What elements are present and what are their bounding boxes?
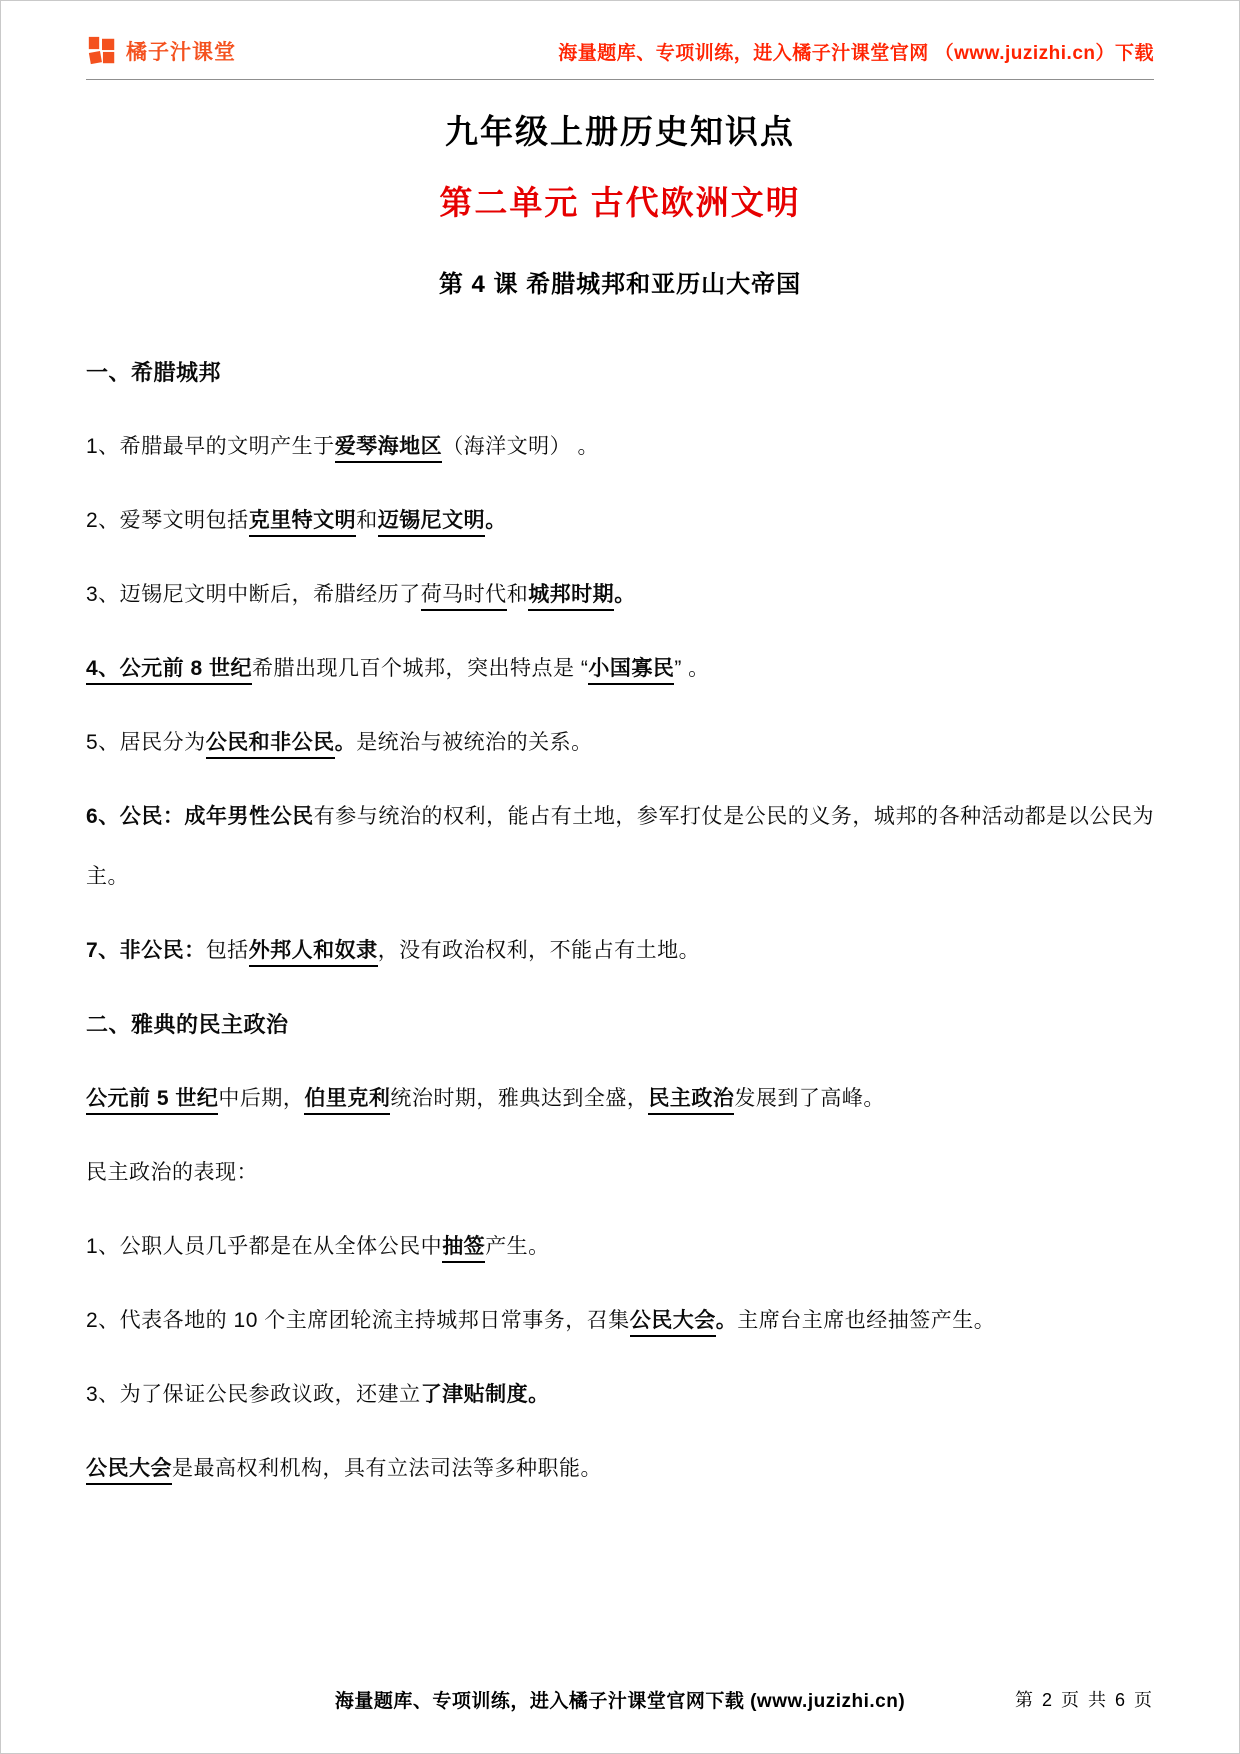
- text-run: 伯里克利: [304, 1087, 390, 1115]
- paragraph: 3、为了保证公民参政议政，还建立了津贴制度。: [86, 1365, 1154, 1425]
- text-run: ” 。: [674, 657, 709, 680]
- text-run: 。: [485, 509, 507, 532]
- text-run: ，没有政治权利，不能占有土地。: [378, 939, 701, 962]
- text-run: 主席台主席也经抽签产生。: [737, 1309, 995, 1332]
- text-run: 公民和非公民: [206, 731, 335, 759]
- text-run: 。: [335, 731, 357, 754]
- text-run: 公民大会: [86, 1457, 172, 1485]
- unit-title: 第二单元 古代欧洲文明: [86, 177, 1154, 224]
- text-run: 抽签: [442, 1235, 485, 1263]
- text-run: 城邦时期: [528, 583, 614, 611]
- text-run: 3、迈锡尼文明中断后，希腊经历了: [86, 583, 421, 606]
- text-run: 中后期，: [218, 1087, 304, 1110]
- text-run: 是最高权利机构，具有立法司法等多种职能。: [172, 1457, 602, 1480]
- paragraph: 3、迈锡尼文明中断后，希腊经历了荷马时代和城邦时期。: [86, 565, 1154, 625]
- text-run: 了津贴制度。: [421, 1383, 550, 1406]
- text-run: 。: [614, 583, 636, 606]
- text-run: 爱琴海地区: [335, 435, 443, 463]
- page-footer: 海量题库、专项训练，进入橘子汁课堂官网下载 (www.juzizhi.cn) 第…: [86, 1686, 1154, 1713]
- paragraph: 民主政治的表现：: [86, 1143, 1154, 1203]
- text-run: 一、希腊城邦: [86, 360, 221, 385]
- document-title: 九年级上册历史知识点: [86, 106, 1154, 153]
- text-run: 二、雅典的民主政治: [86, 1012, 289, 1037]
- paragraph: 2、爱琴文明包括克里特文明和迈锡尼文明。: [86, 491, 1154, 551]
- text-run: 2、爱琴文明包括: [86, 509, 249, 532]
- text-run: 。: [716, 1309, 738, 1332]
- titles-section: 九年级上册历史知识点 第二单元 古代欧洲文明 第 4 课 希腊城邦和亚历山大帝国: [1, 106, 1239, 299]
- document-page: 橘子汁课堂 海量题库、专项训练，进入橘子汁课堂官网 （www.juzizhi.c…: [0, 0, 1240, 1754]
- text-run: 公元前 5 世纪: [86, 1087, 218, 1115]
- text-run: 2、代表各地的 10 个主席团轮流主持城邦日常事务，召集: [86, 1309, 630, 1332]
- brand: 橘子汁课堂: [86, 35, 236, 67]
- paragraph: 公民大会是最高权利机构，具有立法司法等多种职能。: [86, 1439, 1154, 1499]
- text-run: 小国寡民: [588, 657, 674, 685]
- section-heading: 二、雅典的民主政治: [86, 995, 1154, 1055]
- text-run: 4、公元前 8 世纪: [86, 657, 252, 685]
- text-run: 3、为了保证公民参政议政，还建立: [86, 1383, 421, 1406]
- page-number: 第 2 页 共 6 页: [1015, 1686, 1154, 1712]
- document-body: 一、希腊城邦1、希腊最早的文明产生于爱琴海地区（海洋文明） 。2、爱琴文明包括克…: [1, 343, 1239, 1499]
- brand-name: 橘子汁课堂: [126, 36, 236, 66]
- text-run: 和: [356, 509, 378, 532]
- text-run: 外邦人和奴隶: [249, 939, 378, 967]
- text-run: 6、公民：成年男性公民: [86, 805, 314, 828]
- text-run: 发展到了高峰。: [734, 1087, 885, 1110]
- text-run: 民主政治的表现：: [86, 1161, 258, 1184]
- paragraph: 5、居民分为公民和非公民。是统治与被统治的关系。: [86, 713, 1154, 773]
- lesson-title: 第 4 课 希腊城邦和亚历山大帝国: [86, 264, 1154, 299]
- text-run: 希腊出现几百个城邦，突出特点是 “: [252, 657, 588, 680]
- text-run: 7、非公民：: [86, 939, 206, 962]
- header-divider: [86, 79, 1154, 80]
- text-run: 荷马时代: [421, 583, 507, 611]
- text-run: （海洋文明） 。: [442, 435, 599, 458]
- footer-promo-text: 海量题库、专项训练，进入橘子汁课堂官网下载 (www.juzizhi.cn): [335, 1691, 905, 1712]
- text-run: 民主政治: [648, 1087, 734, 1115]
- paragraph: 6、公民：成年男性公民有参与统治的权利，能占有土地，参军打仗是公民的义务，城邦的…: [86, 787, 1154, 907]
- text-run: 是统治与被统治的关系。: [356, 731, 593, 754]
- section-heading: 一、希腊城邦: [86, 343, 1154, 403]
- text-run: 1、希腊最早的文明产生于: [86, 435, 335, 458]
- text-run: 和: [507, 583, 529, 606]
- paragraph: 公元前 5 世纪中后期，伯里克利统治时期，雅典达到全盛，民主政治发展到了高峰。: [86, 1069, 1154, 1129]
- page-header: 橘子汁课堂 海量题库、专项训练，进入橘子汁课堂官网 （www.juzizhi.c…: [1, 1, 1239, 80]
- paragraph: 7、非公民：包括外邦人和奴隶，没有政治权利，不能占有土地。: [86, 921, 1154, 981]
- text-run: 公民大会: [630, 1309, 716, 1337]
- paragraph: 4、公元前 8 世纪希腊出现几百个城邦，突出特点是 “小国寡民” 。: [86, 639, 1154, 699]
- text-run: 5、居民分为: [86, 731, 206, 754]
- brand-logo-icon: [86, 35, 118, 67]
- text-run: 迈锡尼文明: [378, 509, 486, 537]
- text-run: 统治时期，雅典达到全盛，: [390, 1087, 648, 1110]
- text-run: 包括: [206, 939, 249, 962]
- paragraph: 1、希腊最早的文明产生于爱琴海地区（海洋文明） 。: [86, 417, 1154, 477]
- text-run: 产生。: [485, 1235, 550, 1258]
- text-run: 克里特文明: [249, 509, 357, 537]
- text-run: 1、公职人员几乎都是在从全体公民中: [86, 1235, 442, 1258]
- paragraph: 1、公职人员几乎都是在从全体公民中抽签产生。: [86, 1217, 1154, 1277]
- paragraph: 2、代表各地的 10 个主席团轮流主持城邦日常事务，召集公民大会。主席台主席也经…: [86, 1291, 1154, 1351]
- header-promo-text: 海量题库、专项训练，进入橘子汁课堂官网 （www.juzizhi.cn）下载: [558, 38, 1154, 65]
